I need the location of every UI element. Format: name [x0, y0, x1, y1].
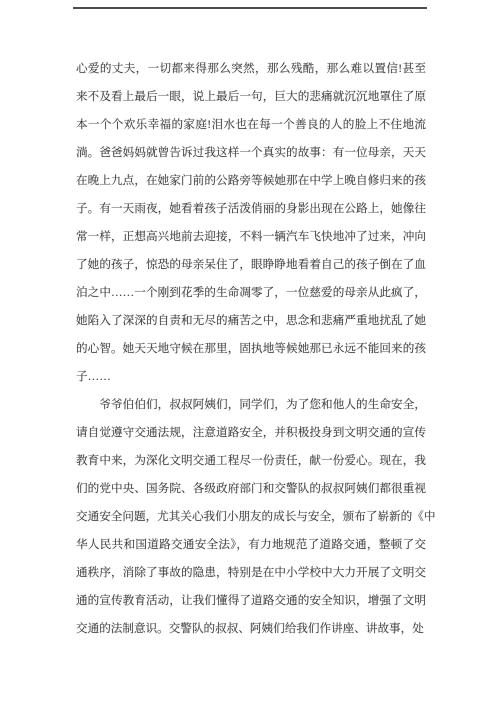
text-line: 在晚上九点，在她家门前的公路旁等候她那在中学上晚自修归来的孩: [76, 167, 426, 195]
text-line: 泊之中……一个刚到花季的生命凋零了，一位慈爱的母亲从此疯了，: [76, 279, 426, 307]
text-line: 常一样，正想高兴地前去迎接，不料一辆汽车飞快地冲了过来，冲向: [76, 223, 426, 251]
text-line: 心爱的丈夫，一切都来得那么突然，那么残酷，那么难以置信!甚至: [76, 55, 426, 83]
paragraph-1: 心爱的丈夫，一切都来得那么突然，那么残酷，那么难以置信!甚至来不及看上最后一眼，…: [76, 55, 426, 391]
text-line: 淌。爸爸妈妈就曾告诉过我这样一个真实的故事：有一位母亲，天天: [76, 139, 426, 167]
text-line: 交通的法制意识。交警队的叔叔、阿姨们给我们作讲座、讲故事，处: [76, 615, 426, 643]
text-line: 子。有一天雨夜，她看着孩子活泼俏丽的身影出现在公路上，她像往: [76, 195, 426, 223]
document-body: 心爱的丈夫，一切都来得那么突然，那么残酷，那么难以置信!甚至来不及看上最后一眼，…: [76, 55, 426, 643]
text-line: 本一个个欢乐幸福的家庭!泪水也在每一个善良的人的脸上不住地流: [76, 111, 426, 139]
text-line: 爷爷伯伯们，叔叔阿姨们，同学们，为了您和他人的生命安全，: [76, 391, 426, 419]
text-line: 华人民共和国道路交通安全法》，有力地规范了道路交通，整顿了交: [76, 531, 426, 559]
text-line: 她陷入了深深的自责和无尽的痛苦之中，思念和悲痛严重地扰乱了她: [76, 307, 426, 335]
document-page: 心爱的丈夫，一切都来得那么突然，那么残酷，那么难以置信!甚至来不及看上最后一眼，…: [0, 0, 500, 707]
text-line: 请自觉遵守交通法规，注意道路安全，并积极投身到文明交通的宣传: [76, 419, 426, 447]
text-line: 们的党中央、国务院、各级政府部门和交警队的叔叔阿姨们都很重视: [76, 475, 426, 503]
text-line: 来不及看上最后一眼，说上最后一句，巨大的悲痛就沉沉地罩住了原: [76, 83, 426, 111]
text-line: 通秩序，消除了事故的隐患，特别是在中小学校中大力开展了文明交: [76, 559, 426, 587]
text-line: 交通安全问题，尤其关心我们小朋友的成长与安全，颁布了崭新的《中: [76, 503, 426, 531]
page-top-rule: [73, 7, 427, 9]
text-line: 的心智。她天天地守候在那里，固执地等候她那已永远不能回来的孩: [76, 335, 426, 363]
text-line: 了她的孩子，惊恐的母亲呆住了，眼睁睁地看着自己的孩子倒在了血: [76, 251, 426, 279]
text-line: 通的宣传教育活动，让我们懂得了道路交通的安全知识，增强了文明: [76, 587, 426, 615]
text-line: 子……: [76, 363, 426, 391]
paragraph-2: 爷爷伯伯们，叔叔阿姨们，同学们，为了您和他人的生命安全，请自觉遵守交通法规，注意…: [76, 391, 426, 643]
text-line: 教育中来，为深化文明交通工程尽一份责任，献一份爱心。现在，我: [76, 447, 426, 475]
